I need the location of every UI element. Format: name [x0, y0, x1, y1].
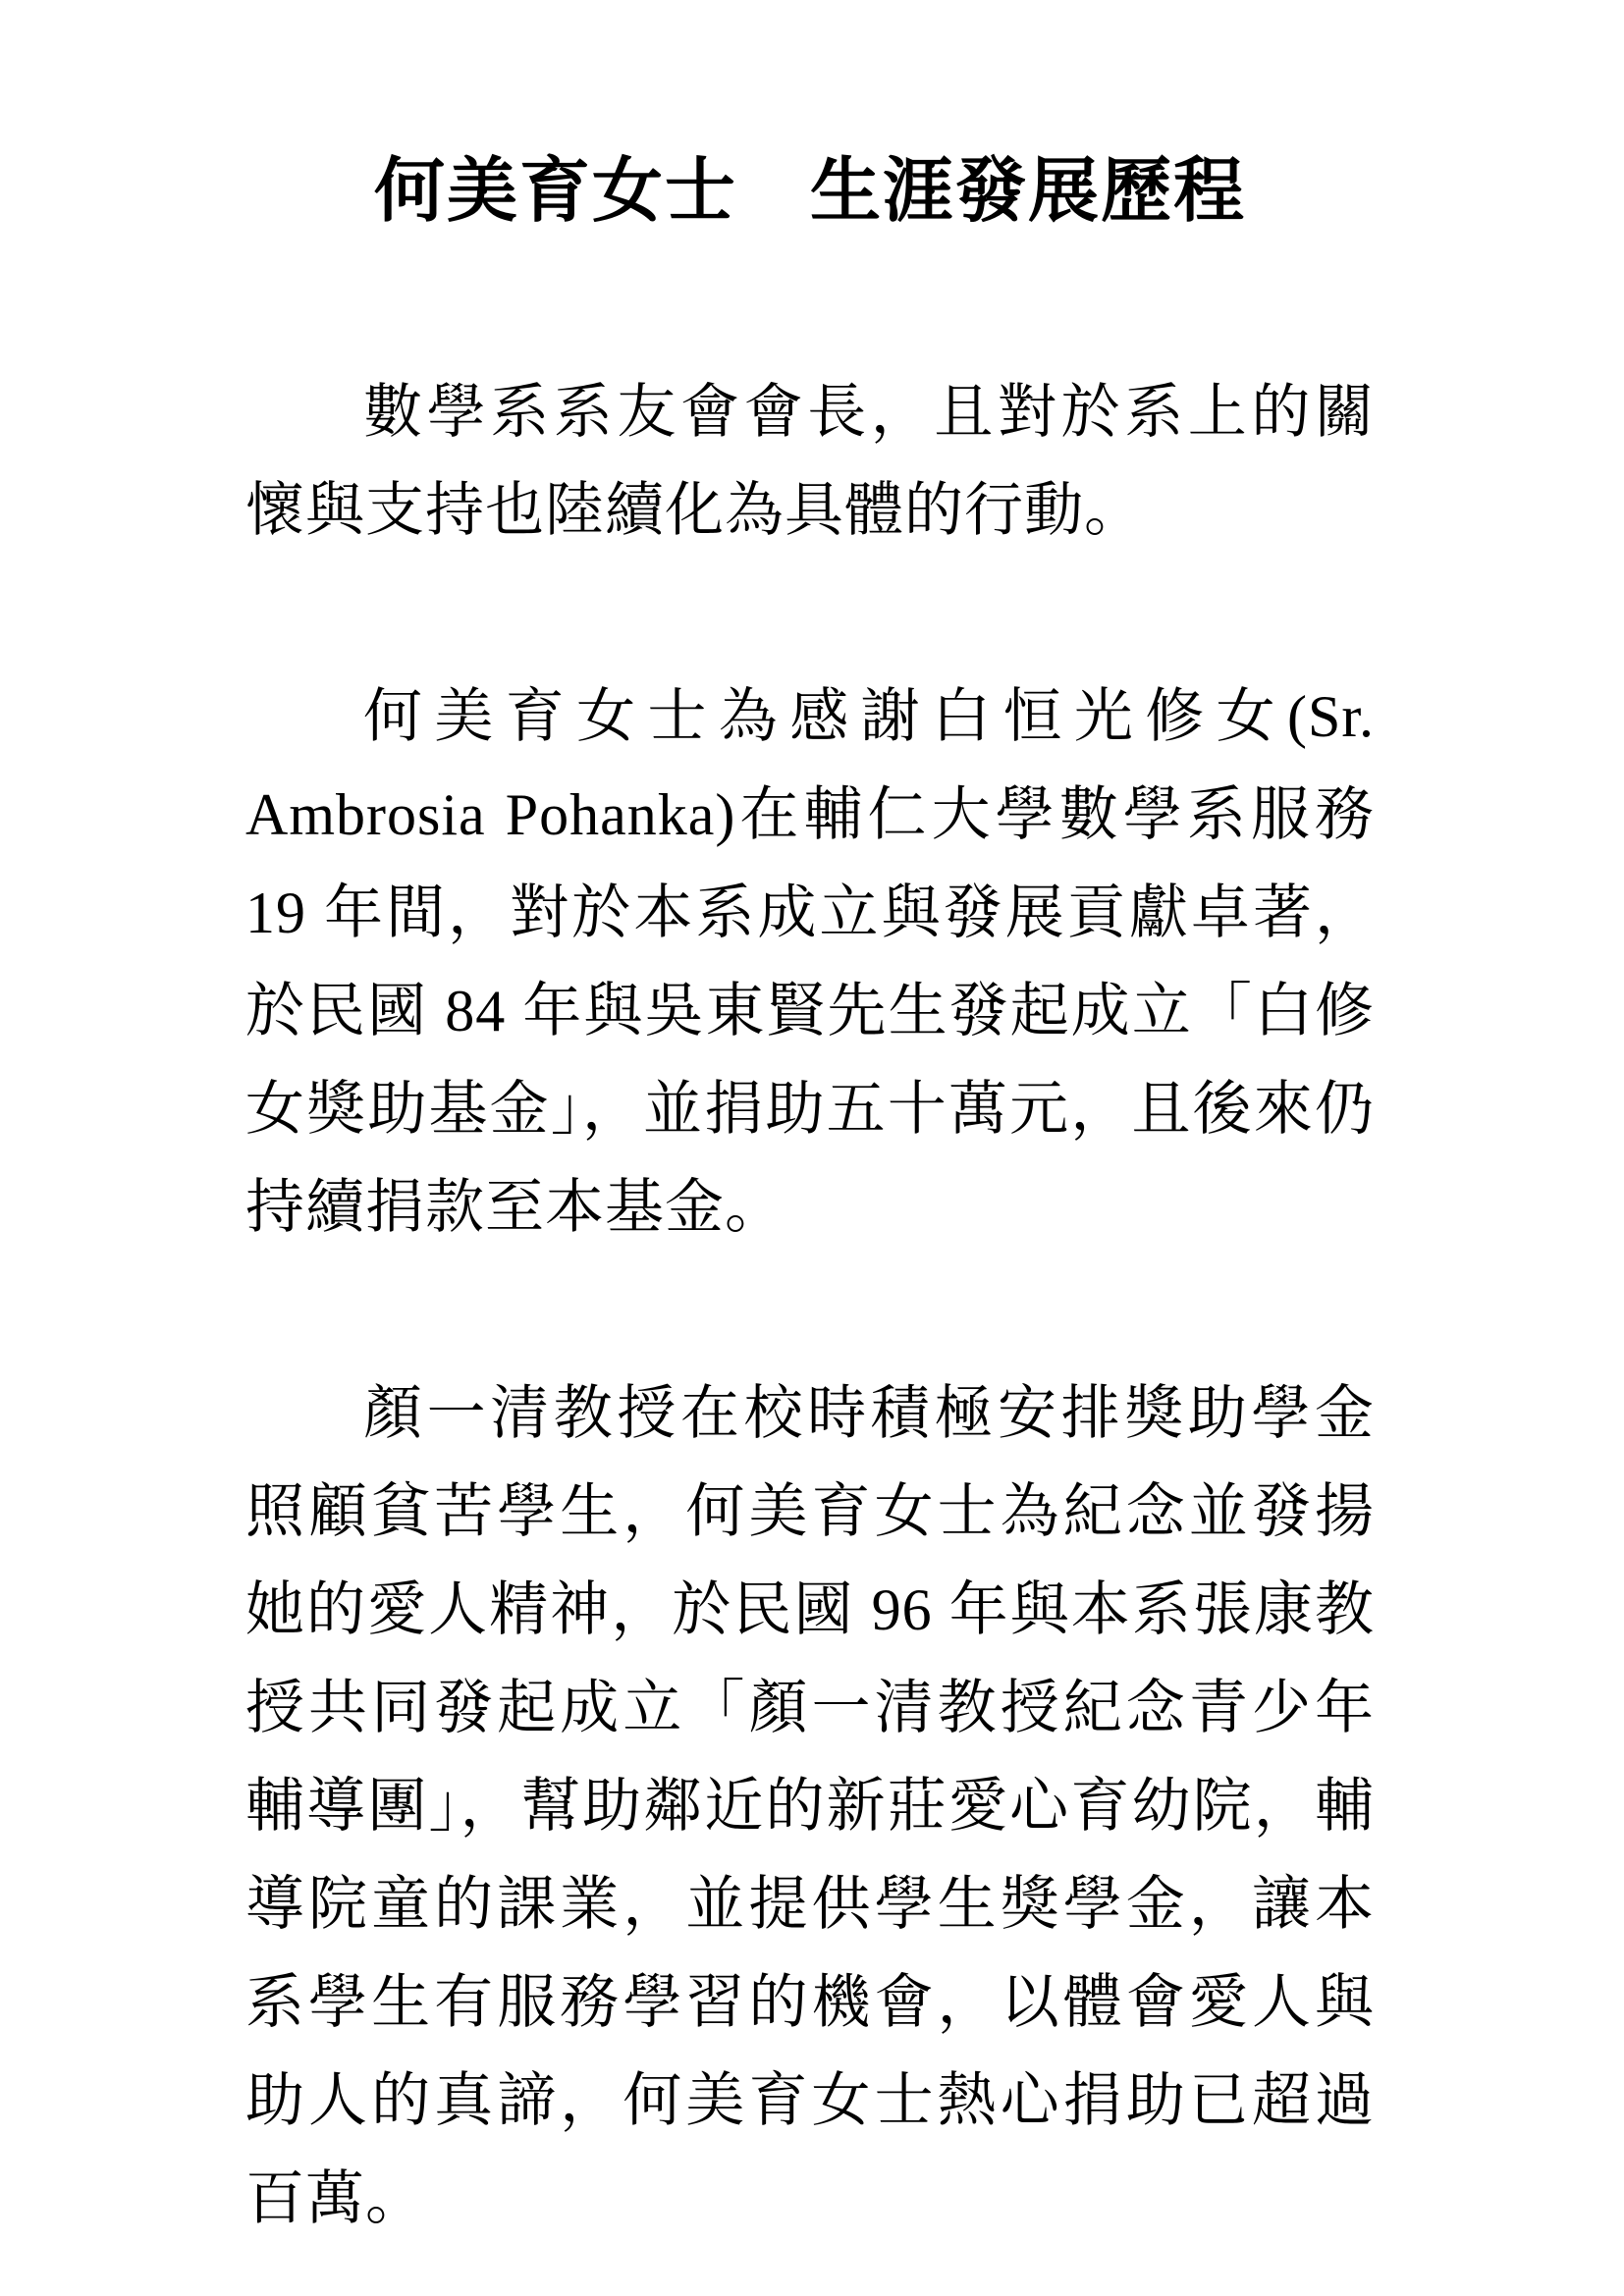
paragraph-sister-pohanka-fund: 何美育女士為感謝白恒光修女(Sr. Ambrosia Pohanka)在輔仁大學… — [245, 667, 1375, 1256]
paragraph-yan-yiqing-memorial: 顏一清教授在校時積極安排獎助學金照顧貧苦學生，何美育女士為紀念並發揚她的愛人精神… — [245, 1364, 1375, 2248]
page-title: 何美育女士 生涯發展歷程 — [245, 137, 1375, 245]
document-page: 何美育女士 生涯發展歷程 數學系系友會會長，且對於系上的關懷與支持也陸續化為具體… — [0, 0, 1624, 2296]
paragraph-alumni-association: 數學系系友會會長，且對於系上的關懷與支持也陸續化為具體的行動。 — [245, 363, 1375, 560]
